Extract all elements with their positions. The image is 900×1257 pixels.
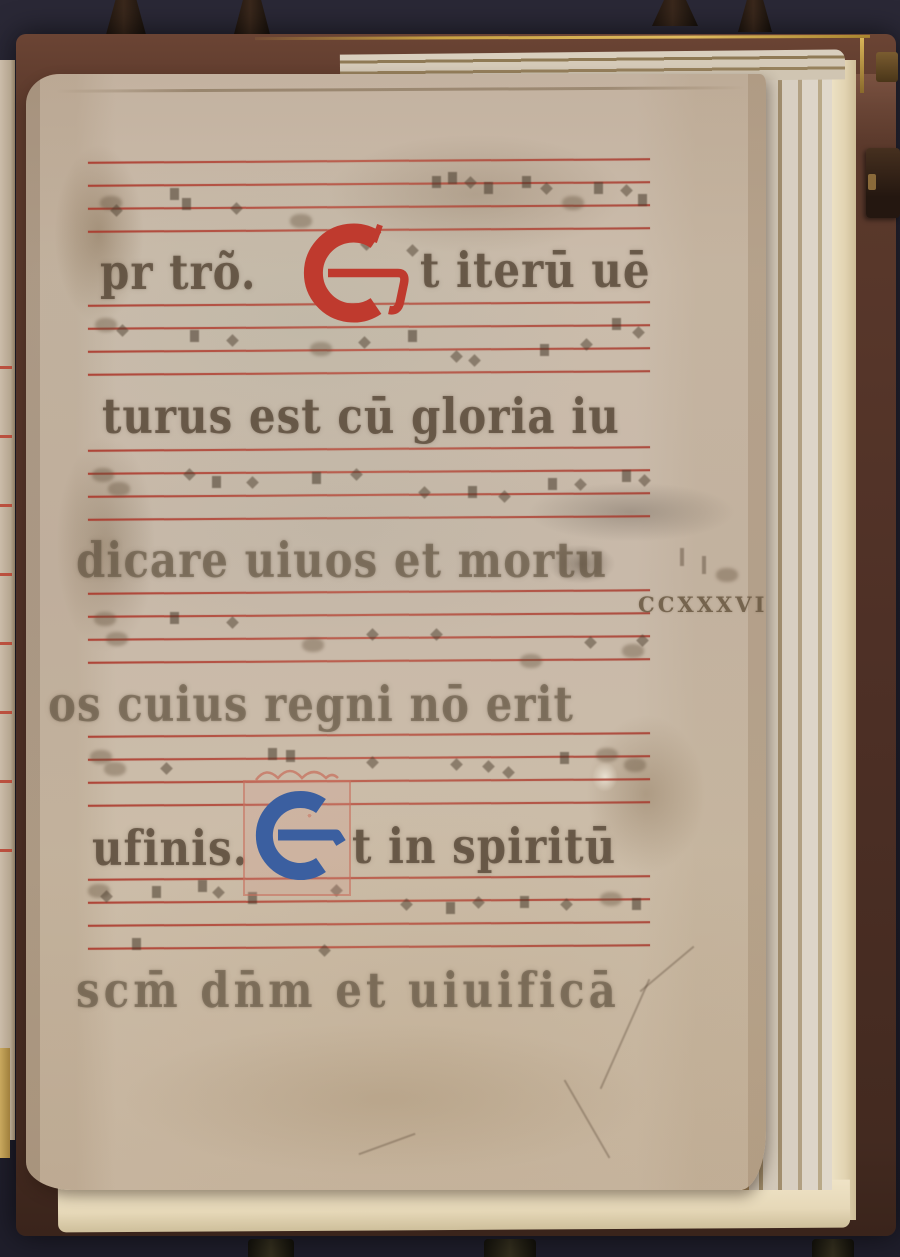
neume-mark: [632, 898, 641, 910]
neume-mark: [152, 886, 161, 898]
neume-mark: [446, 902, 455, 914]
neume-mark: [468, 486, 477, 498]
neume-mark: [680, 548, 684, 566]
neume-mark: [584, 636, 597, 649]
neume-mark: [302, 638, 324, 652]
manuscript-page: pr trõ. t iterū uē turus est cū gloria i…: [26, 74, 766, 1190]
chant-text-line: scm̄ dn̄m et uiuificā: [76, 962, 620, 1019]
binding-foot-icon: [248, 1239, 294, 1257]
neume-mark: [170, 188, 179, 200]
neume-mark: [562, 196, 584, 210]
neume-mark: [632, 326, 645, 339]
staff-line: [88, 944, 650, 949]
neume-mark: [230, 202, 243, 215]
neume-mark: [212, 476, 221, 488]
neume-mark: [212, 886, 225, 899]
neume-mark: [448, 172, 457, 184]
binding-boss-icon: [652, 0, 698, 26]
neume-mark: [450, 758, 463, 771]
neume-mark: [450, 350, 463, 363]
neume-mark: [95, 318, 117, 332]
neume-mark: [182, 198, 191, 210]
neume-mark: [716, 568, 738, 582]
stain: [126, 1024, 646, 1174]
neume-mark: [484, 182, 493, 194]
neume-mark: [198, 880, 207, 892]
staff-line: [88, 801, 650, 806]
neume-mark: [612, 318, 621, 330]
clasp-fitting-icon: [876, 52, 898, 82]
staff-line: [88, 732, 650, 737]
neume-mark: [268, 748, 277, 760]
neume-mark: [622, 470, 631, 482]
binding-boss-icon: [738, 0, 772, 32]
chant-text-line: pr trõ.: [100, 244, 257, 301]
staff-line: [88, 370, 650, 375]
staff-line: [88, 347, 650, 352]
neume-mark: [286, 750, 295, 762]
neume-mark: [170, 612, 179, 624]
staff-line: [88, 921, 650, 926]
facing-page-sliver: [0, 60, 15, 1140]
chant-text-line: t in spiritū: [352, 818, 616, 875]
neume-mark: [600, 892, 622, 906]
chant-text-line: t iterū uē: [420, 242, 651, 299]
neume-mark: [358, 336, 371, 349]
neume-mark: [468, 354, 481, 367]
staff-line: [88, 658, 650, 663]
neume-mark: [116, 324, 129, 337]
neume-mark: [540, 344, 549, 356]
clasp-pin-icon: [868, 174, 876, 190]
filigree-flourish: [250, 764, 342, 782]
neume-mark: [226, 334, 239, 347]
neume-mark: [622, 644, 644, 658]
blue-initial-E: [248, 784, 352, 888]
neume-mark: [408, 330, 417, 342]
neume-mark: [482, 760, 495, 773]
photo-background: pr trõ. t iterū uē turus est cū gloria i…: [0, 0, 900, 1257]
neume-mark: [472, 896, 485, 909]
neume-mark: [520, 896, 529, 908]
crack-line: [640, 946, 695, 993]
neume-mark: [432, 176, 441, 188]
red-initial-E: [296, 220, 414, 330]
binding-boss-icon: [233, 0, 271, 38]
neume-mark: [624, 758, 646, 772]
binding-foot-icon: [484, 1239, 536, 1257]
folio-number: CCXXXVI: [638, 592, 767, 617]
page-top-crease: [56, 86, 746, 93]
neume-mark: [522, 176, 531, 188]
neume-mark: [548, 478, 557, 490]
chant-text-line: ufinis.: [92, 820, 248, 877]
left-board-gilt: [0, 1048, 10, 1158]
neume-mark: [560, 752, 569, 764]
neume-mark: [132, 938, 141, 950]
stain: [592, 762, 618, 792]
flyleaf-edge-right: [828, 60, 856, 1220]
chant-text-line: turus est cū gloria iu: [102, 388, 620, 445]
neume-mark: [638, 194, 647, 206]
facing-page-staff-stubs: [0, 300, 12, 860]
neume-mark: [104, 762, 126, 776]
neume-mark: [702, 556, 706, 574]
neume-mark: [106, 632, 128, 646]
gilt-edge-corner: [860, 38, 864, 93]
neume-mark: [312, 472, 321, 484]
chant-text-line: dicare uiuos et mortu: [76, 532, 607, 589]
neume-mark: [190, 330, 199, 342]
neume-mark: [594, 182, 603, 194]
chant-text-line: os cuius regni nō erit: [48, 676, 574, 733]
neume-mark: [160, 762, 173, 775]
neume-mark: [94, 612, 116, 626]
neume-mark: [92, 468, 114, 482]
staff-line: [88, 778, 650, 783]
neume-mark: [502, 766, 515, 779]
neume-mark: [520, 654, 542, 668]
neume-mark: [108, 482, 130, 496]
clasp-icon: [866, 148, 900, 218]
neume-mark: [596, 748, 618, 762]
neume-mark: [310, 342, 332, 356]
binding-foot-icon: [812, 1239, 854, 1257]
